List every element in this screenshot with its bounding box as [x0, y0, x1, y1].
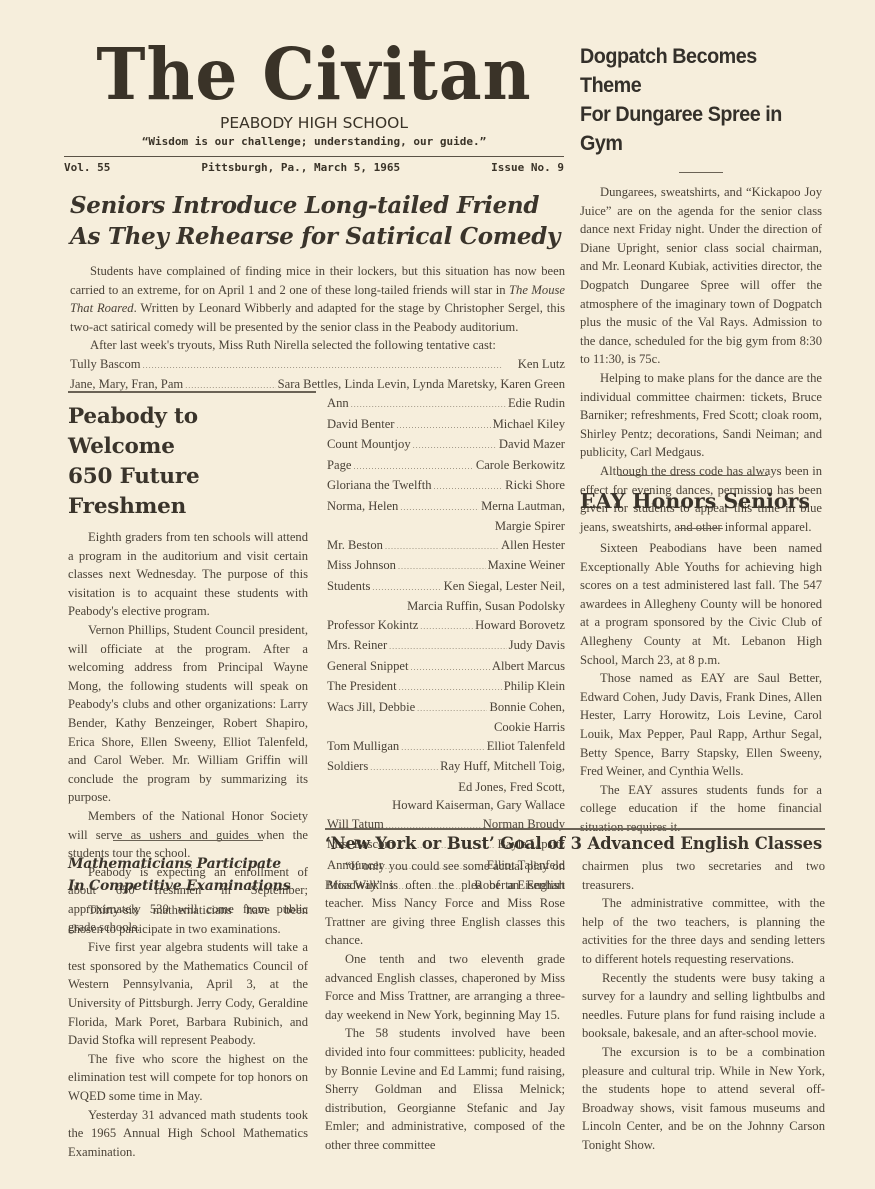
article-seniors-comedy: Seniors Introduce Long-tailed Friend As …	[70, 190, 565, 396]
article-math: Mathematicians Participate In Competitiv…	[68, 853, 308, 1161]
cast-entry: Miss Johnson............................…	[327, 556, 565, 577]
cast-list-wide: Tully Bascom............................…	[70, 355, 565, 396]
divider	[679, 528, 723, 529]
seniors-paragraph: Students have complained of finding mice…	[70, 262, 565, 336]
cast-role: Tully Bascom	[70, 355, 141, 374]
motto: “Wisdom is our challenge; understanding,…	[64, 135, 564, 148]
new-york-paragraph: Recently the students were busy taking a…	[582, 969, 825, 1043]
cast-entry: Soldiers................................…	[327, 757, 565, 778]
dateline: Vol. 55 Pittsburgh, Pa., March 5, 1965 I…	[64, 156, 564, 174]
leader-dots: ........................................…	[385, 538, 499, 557]
cast-entry: Count Mountjoy..........................…	[327, 435, 565, 456]
cast-actor: Bonnie Cohen,	[489, 698, 565, 717]
cast-entry: Tully Bascom............................…	[70, 355, 565, 376]
leader-dots: ........................................…	[420, 618, 473, 637]
seniors-body: Students have complained of finding mice…	[70, 262, 565, 355]
cast-role: The President	[327, 677, 397, 696]
cast-actor: Howard Borovetz	[475, 616, 565, 635]
leader-dots: ........................................…	[185, 377, 275, 396]
cast-role: Mr. Beston	[327, 536, 383, 555]
leader-dots: ........................................…	[400, 499, 479, 518]
cast-actor: Maxine Weiner	[488, 556, 565, 575]
headline-eay: EAY Honors Seniors	[580, 486, 822, 516]
leader-dots: ........................................…	[370, 759, 438, 778]
leader-dots: ........................................…	[372, 579, 441, 598]
leader-dots: ........................................…	[143, 357, 516, 376]
newspaper-nameplate: The Civitan	[64, 35, 564, 113]
leader-dots: ........................................…	[401, 739, 484, 758]
cast-actor: Ray Huff, Mitchell Toig,	[440, 757, 565, 776]
eay-body: Sixteen Peabodians have been named Excep…	[580, 539, 822, 837]
article-dogpatch: Dogpatch Becomes Theme For Dungaree Spre…	[580, 42, 822, 536]
place-date: Pittsburgh, Pa., March 5, 1965	[201, 161, 400, 174]
cast-entry: Mr. Beston..............................…	[327, 536, 565, 557]
headline-new-york: ‘New York or Bust’ Goal of 3 Advanced En…	[325, 833, 825, 855]
cast-role: Page	[327, 456, 351, 475]
cast-role: Soldiers	[327, 757, 368, 776]
cast-role: David Benter	[327, 415, 395, 434]
cast-actor: Sara Bettles, Linda Levin, Lynda Maretsk…	[278, 375, 565, 394]
divider	[113, 840, 263, 841]
new-york-column-2: chairmen plus two secretaries and two tr…	[582, 857, 825, 1155]
headline-freshmen: Peabody to Welcome 650 Future Freshmen	[68, 402, 308, 522]
cast-role: Students	[327, 577, 370, 596]
cast-role: Count Mountjoy	[327, 435, 411, 454]
cast-entry: Gloriana the Twelfth....................…	[327, 476, 565, 497]
leader-dots: ........................................…	[397, 417, 491, 436]
cast-role: Gloriana the Twelfth	[327, 476, 432, 495]
cast-actor: Philip Klein	[504, 677, 565, 696]
cast-actor-continued: Margie Spirer	[327, 517, 565, 536]
cast-role: Tom Mulligan	[327, 737, 399, 756]
cast-entry: Will Tatum..............................…	[327, 815, 565, 836]
headline-math: Mathematicians Participate In Competitiv…	[68, 853, 308, 897]
dogpatch-paragraph: Dungarees, sweatshirts, and “Kickapoo Jo…	[580, 183, 822, 369]
math-paragraph: The five who score the highest on the el…	[68, 1050, 308, 1106]
leader-dots: ........................................…	[434, 478, 504, 497]
cast-role: Miss Johnson	[327, 556, 396, 575]
leader-dots: ........................................…	[413, 437, 497, 456]
seniors-paragraph: After last week's tryouts, Miss Ruth Nir…	[70, 336, 565, 355]
cast-actor: Ken Lutz	[518, 355, 565, 374]
new-york-paragraph: The administrative committee, with the h…	[582, 894, 825, 968]
cast-actor: Carole Berkowitz	[476, 456, 565, 475]
cast-role: Wacs Jill, Debbie	[327, 698, 415, 717]
cast-entry: Professor Kokintz.......................…	[327, 616, 565, 637]
cast-entry: The President...........................…	[327, 677, 565, 698]
cast-actor: Elliot Talenfeld	[487, 737, 565, 756]
new-york-paragraph: One tenth and two eleventh grade advance…	[325, 950, 565, 1024]
cast-role: Professor Kokintz	[327, 616, 418, 635]
cast-entry: Page....................................…	[327, 456, 565, 477]
new-york-paragraph: chairmen plus two secretaries and two tr…	[582, 857, 825, 894]
cast-entry: Wacs Jill, Debbie.......................…	[327, 698, 565, 719]
cast-list: Ann.....................................…	[327, 394, 565, 897]
divider	[679, 172, 723, 173]
leader-dots: ........................................…	[351, 396, 506, 415]
leader-dots: ........................................…	[417, 700, 487, 719]
cast-actor: Edie Rudin	[508, 394, 565, 413]
cast-actor: Albert Marcus	[492, 657, 565, 676]
cast-entry: Ann.....................................…	[327, 394, 565, 415]
leader-dots: ........................................…	[389, 638, 507, 657]
cast-role: Will Tatum	[327, 815, 384, 834]
cast-actor-continued: Howard Kaiserman, Gary Wallace	[327, 796, 565, 815]
cast-actor: Merna Lautman,	[481, 497, 565, 516]
leader-dots: ........................................…	[353, 458, 473, 477]
masthead: The Civitan PEABODY HIGH SCHOOL “Wisdom …	[64, 38, 564, 174]
cast-entry: Mrs. Reiner.............................…	[327, 636, 565, 657]
freshmen-paragraph: Vernon Phillips, Student Council preside…	[68, 621, 308, 807]
cast-actor: Michael Kiley	[493, 415, 565, 434]
freshmen-paragraph: Eighth graders from ten schools will att…	[68, 528, 308, 621]
divider	[618, 475, 768, 476]
cast-actor: Ricki Shore	[505, 476, 565, 495]
new-york-paragraph: The 58 students involved have been divid…	[325, 1024, 565, 1154]
cast-entry: Tom Mulligan............................…	[327, 737, 565, 758]
cast-actor: David Mazer	[499, 435, 565, 454]
math-paragraph: Yesterday 31 advanced math students took…	[68, 1106, 308, 1162]
dogpatch-body: Dungarees, sweatshirts, and “Kickapoo Jo…	[580, 183, 822, 536]
cast-entry: Jane, Mary, Fran, Pam...................…	[70, 375, 565, 396]
divider	[325, 828, 825, 830]
leader-dots: ........................................…	[410, 659, 489, 678]
math-paragraph: Thirty-six mathematicians have been chos…	[68, 901, 308, 938]
eay-paragraph: Those named as EAY are Saul Better, Edwa…	[580, 669, 822, 781]
leader-dots: ........................................…	[399, 679, 502, 698]
school-name: PEABODY HIGH SCHOOL	[64, 114, 564, 132]
eay-paragraph: Sixteen Peabodians have been named Excep…	[580, 539, 822, 669]
volume-number: Vol. 55	[64, 161, 110, 174]
cast-actor-continued: Marcia Ruffin, Susan Podolsky	[327, 597, 565, 616]
cast-actor: Allen Hester	[501, 536, 565, 555]
cast-actor-continued: Ed Jones, Fred Scott,	[327, 778, 565, 797]
math-body: Thirty-six mathematicians have been chos…	[68, 901, 308, 1161]
new-york-paragraph: The excursion is to be a combination ple…	[582, 1043, 825, 1155]
cast-entry: Norma, Helen............................…	[327, 497, 565, 518]
article-eay: EAY Honors Seniors Sixteen Peabodians ha…	[580, 486, 822, 837]
cast-entry: David Benter............................…	[327, 415, 565, 436]
cast-entry: Students................................…	[327, 577, 565, 598]
cast-actor-continued: Cookie Harris	[327, 718, 565, 737]
cast-actor: Judy Davis	[509, 636, 565, 655]
headline-seniors: Seniors Introduce Long-tailed Friend As …	[70, 190, 565, 252]
dogpatch-paragraph: Helping to make plans for the dance are …	[580, 369, 822, 462]
divider	[68, 391, 316, 393]
cast-role: Norma, Helen	[327, 497, 398, 516]
headline-dogpatch: Dogpatch Becomes Theme For Dungaree Spre…	[580, 42, 807, 158]
new-york-paragraph: “If only you could see some actual play …	[325, 857, 565, 950]
cast-entry: General Snippet.........................…	[327, 657, 565, 678]
cast-actor: Norman Broudy	[483, 815, 565, 834]
cast-role: General Snippet	[327, 657, 408, 676]
article-new-york: ‘New York or Bust’ Goal of 3 Advanced En…	[325, 833, 825, 1155]
cast-actor: Ken Siegal, Lester Neil,	[444, 577, 565, 596]
issue-number: Issue No. 9	[491, 161, 564, 174]
math-paragraph: Five first year algebra students will ta…	[68, 938, 308, 1050]
cast-role: Mrs. Reiner	[327, 636, 387, 655]
leader-dots: ........................................…	[398, 558, 486, 577]
cast-role: Ann	[327, 394, 349, 413]
new-york-column-1: “If only you could see some actual play …	[325, 857, 565, 1155]
